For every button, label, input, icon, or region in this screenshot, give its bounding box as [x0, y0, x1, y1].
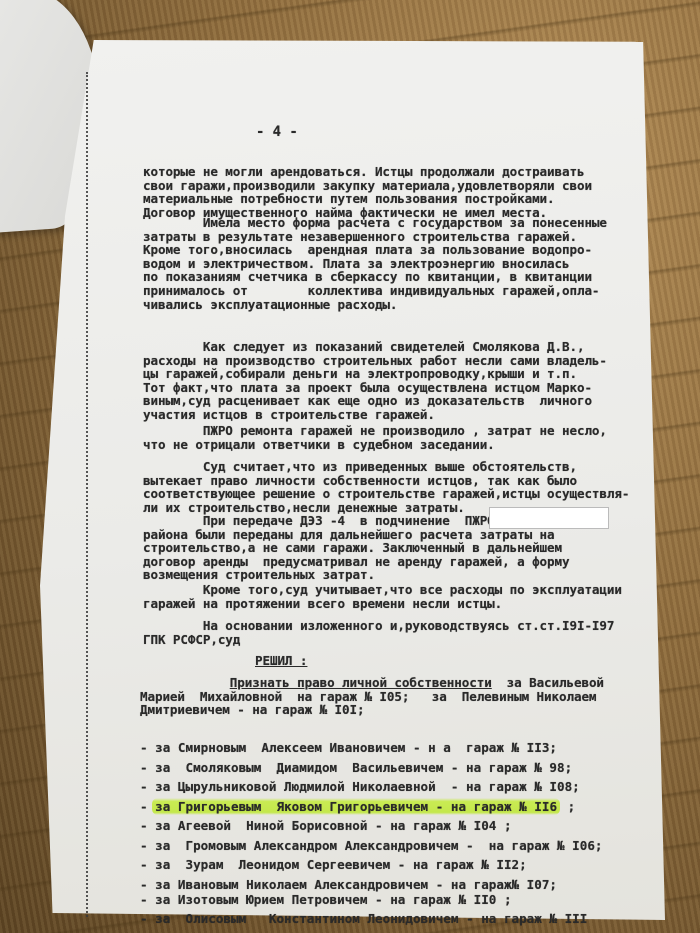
list-item: - за Олисовым Константином Леонидовичем …	[140, 911, 603, 931]
margin-line	[86, 72, 88, 917]
list-item: - за Агеевой Ниной Борисовной - на гараж…	[140, 818, 603, 838]
paragraph-4: ПЖРО ремонта гаражей не производило , за…	[143, 424, 607, 451]
list-item: - за Смирновым Алексеем Ивановичем - н а…	[140, 740, 603, 760]
paragraph-2: Имела место форма расчета с государством…	[143, 216, 607, 311]
list-item: - за Зурам Леонидом Сергеевичем - на гар…	[140, 857, 603, 877]
decision-heading: РЕШИЛ :	[255, 654, 307, 668]
paragraph-7: Кроме того,суд учитывает,что все расходы…	[143, 583, 622, 610]
list-tail: ;	[560, 799, 575, 814]
list-item: - за Цырульниковой Людмилой Николаевной …	[140, 779, 603, 799]
highlighted-text: за Григорьевым Яковом Григорьевичем - на…	[152, 798, 560, 815]
list-item: - за Изотовым Юрием Петровичем - на гара…	[140, 892, 603, 912]
page-number: - 4 -	[256, 126, 298, 140]
list-item: - за Смоляковым Диамидом Васильевичем - …	[140, 760, 603, 780]
paragraph-3: Как следует из показаний свидетелей Смол…	[143, 340, 607, 422]
list-item: - за Громовым Александром Александровиче…	[140, 838, 603, 858]
list-item-highlighted: - за Григорьевым Яковом Григорьевичем - …	[140, 799, 603, 819]
paragraph-8: На основании изложенного и,руководствуяс…	[143, 619, 614, 646]
list-item: - за Ивановым Николаем Александровичем -…	[140, 877, 603, 892]
garage-award-list: - за Смирновым Алексеем Ивановичем - н а…	[140, 740, 603, 931]
redacted-field	[489, 507, 609, 529]
paragraph-1: которые не могли арендоваться. Истцы про…	[143, 165, 592, 219]
ruling-intro: Признать право личной собственности за В…	[140, 676, 604, 717]
